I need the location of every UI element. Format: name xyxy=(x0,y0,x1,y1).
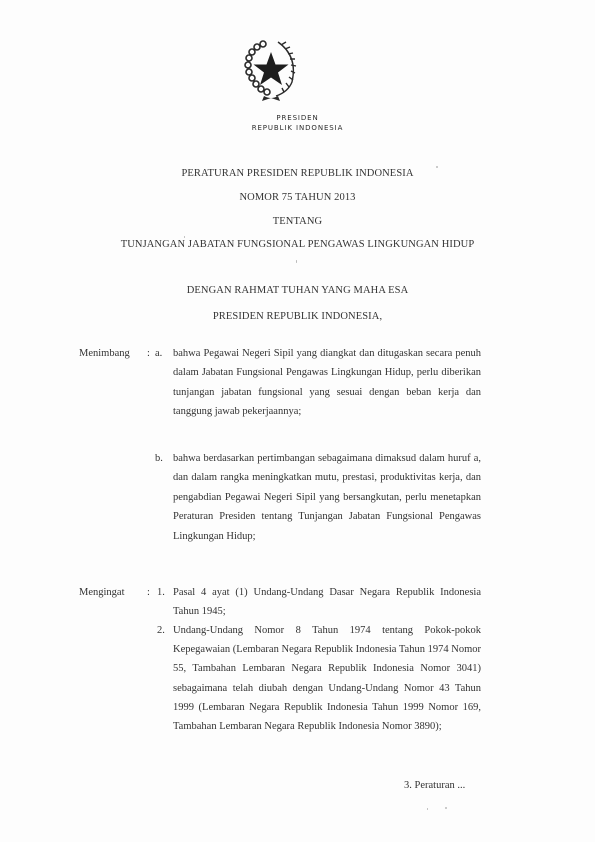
scan-speck xyxy=(445,807,447,809)
menimbang-marker-a: a. xyxy=(155,348,162,359)
document-page: PRESIDEN REPUBLIK INDONESIA PERATURAN PR… xyxy=(0,0,595,842)
regulation-about: TENTANG xyxy=(0,216,595,227)
menimbang-label: Menimbang xyxy=(79,348,130,359)
scan-speck xyxy=(184,236,185,238)
menimbang-colon: : xyxy=(147,348,150,359)
scan-speck xyxy=(436,166,438,168)
mengingat-marker-1: 1. xyxy=(157,587,165,598)
regulation-title: PERATURAN PRESIDEN REPUBLIK INDONESIA xyxy=(0,168,595,179)
preamble-blessing: DENGAN RAHMAT TUHAN YANG MAHA ESA xyxy=(0,285,595,296)
mengingat-item-1: Pasal 4 ayat (1) Undang-Undang Dasar Neg… xyxy=(173,583,481,622)
header-presiden: PRESIDEN xyxy=(0,114,595,122)
mengingat-item-2: Undang-Undang Nomor 8 Tahun 1974 tentang… xyxy=(173,621,481,736)
mengingat-colon: : xyxy=(147,587,150,598)
regulation-number: NOMOR 75 TAHUN 2013 xyxy=(0,192,595,203)
page-continuation: 3. Peraturan ... xyxy=(404,780,465,791)
preamble-authority: PRESIDEN REPUBLIK INDONESIA, xyxy=(0,311,595,322)
regulation-subject: TUNJANGAN JABATAN FUNGSIONAL PENGAWAS LI… xyxy=(0,239,595,250)
menimbang-item-b: bahwa berdasarkan pertimbangan sebagaima… xyxy=(173,449,481,546)
mengingat-label: Mengingat xyxy=(79,587,125,598)
menimbang-marker-b: b. xyxy=(155,453,163,464)
scan-speck xyxy=(296,260,297,263)
presidential-seal-icon xyxy=(242,38,300,104)
menimbang-item-a: bahwa Pegawai Negeri Sipil yang diangkat… xyxy=(173,344,481,422)
mengingat-marker-2: 2. xyxy=(157,625,165,636)
header-republik-indonesia: REPUBLIK INDONESIA xyxy=(0,124,595,132)
scan-speck xyxy=(427,808,428,810)
